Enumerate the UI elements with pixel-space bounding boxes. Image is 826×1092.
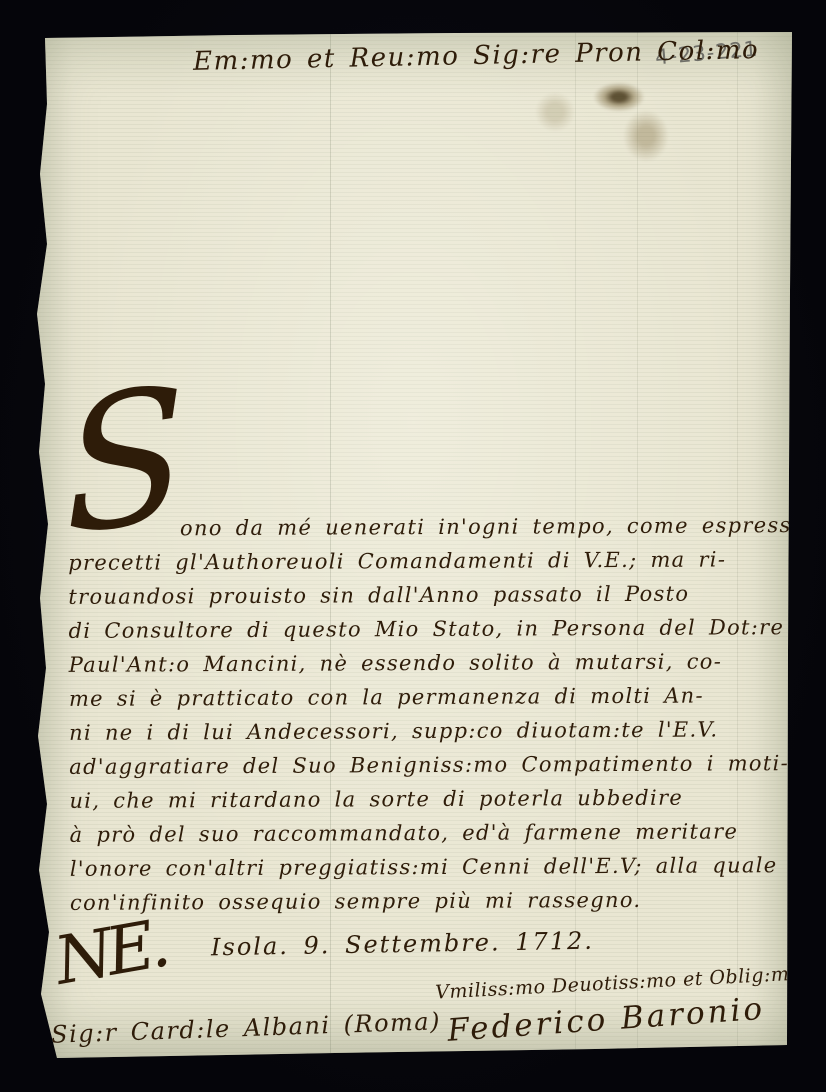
letter-line: l'onore con'altri preggiatiss:mi Cenni d…: [70, 848, 792, 886]
dateline: Isola. 9. Settembre. 1712.: [211, 927, 594, 962]
ink-stain: [623, 110, 669, 162]
writer-monogram: NE.: [49, 905, 170, 1000]
letter-line: precetti gl'Authoreuoli Comandamenti di …: [68, 542, 790, 580]
letter-line: ad'aggratiare del Suo Benigniss:mo Compa…: [69, 746, 791, 784]
letter-line: ono da mé uenerati in'ogni tempo, come e…: [68, 508, 790, 546]
letter-line: trouandosi prouisto sin dall'Anno passat…: [68, 576, 790, 614]
letter-photograph: 4-23-221 Em:mo et Reu:mo Sig:re Pron Col…: [0, 0, 826, 1092]
letter-paper: 4-23-221 Em:mo et Reu:mo Sig:re Pron Col…: [35, 32, 792, 1058]
letter-line: di Consultore di questo Mio Stato, in Pe…: [68, 610, 790, 648]
letter-line: Paul'Ant:o Mancini, nè essendo solito à …: [69, 644, 791, 682]
letter-line: me si è pratticato con la permanenza di …: [69, 678, 791, 716]
salutation-line: Em:mo et Reu:mo Sig:re Pron Col:mo: [193, 37, 664, 77]
letter-body: ono da mé uenerati in'ogni tempo, come e…: [68, 508, 792, 920]
letter-line: ui, che mi ritardano la sorte di poterla…: [69, 780, 791, 818]
letter-line: ni ne i di lui Andecessori, supp:co diuo…: [69, 712, 791, 750]
letter-line: à prò del suo raccommandato, ed'à farmen…: [70, 814, 792, 852]
ink-stain: [593, 82, 645, 112]
foxing-spot: [535, 92, 575, 132]
letter-line: con'infinito ossequio sempre più mi rass…: [70, 882, 792, 920]
address-line: Sig:r Card:le Albani (Roma): [51, 1007, 442, 1049]
